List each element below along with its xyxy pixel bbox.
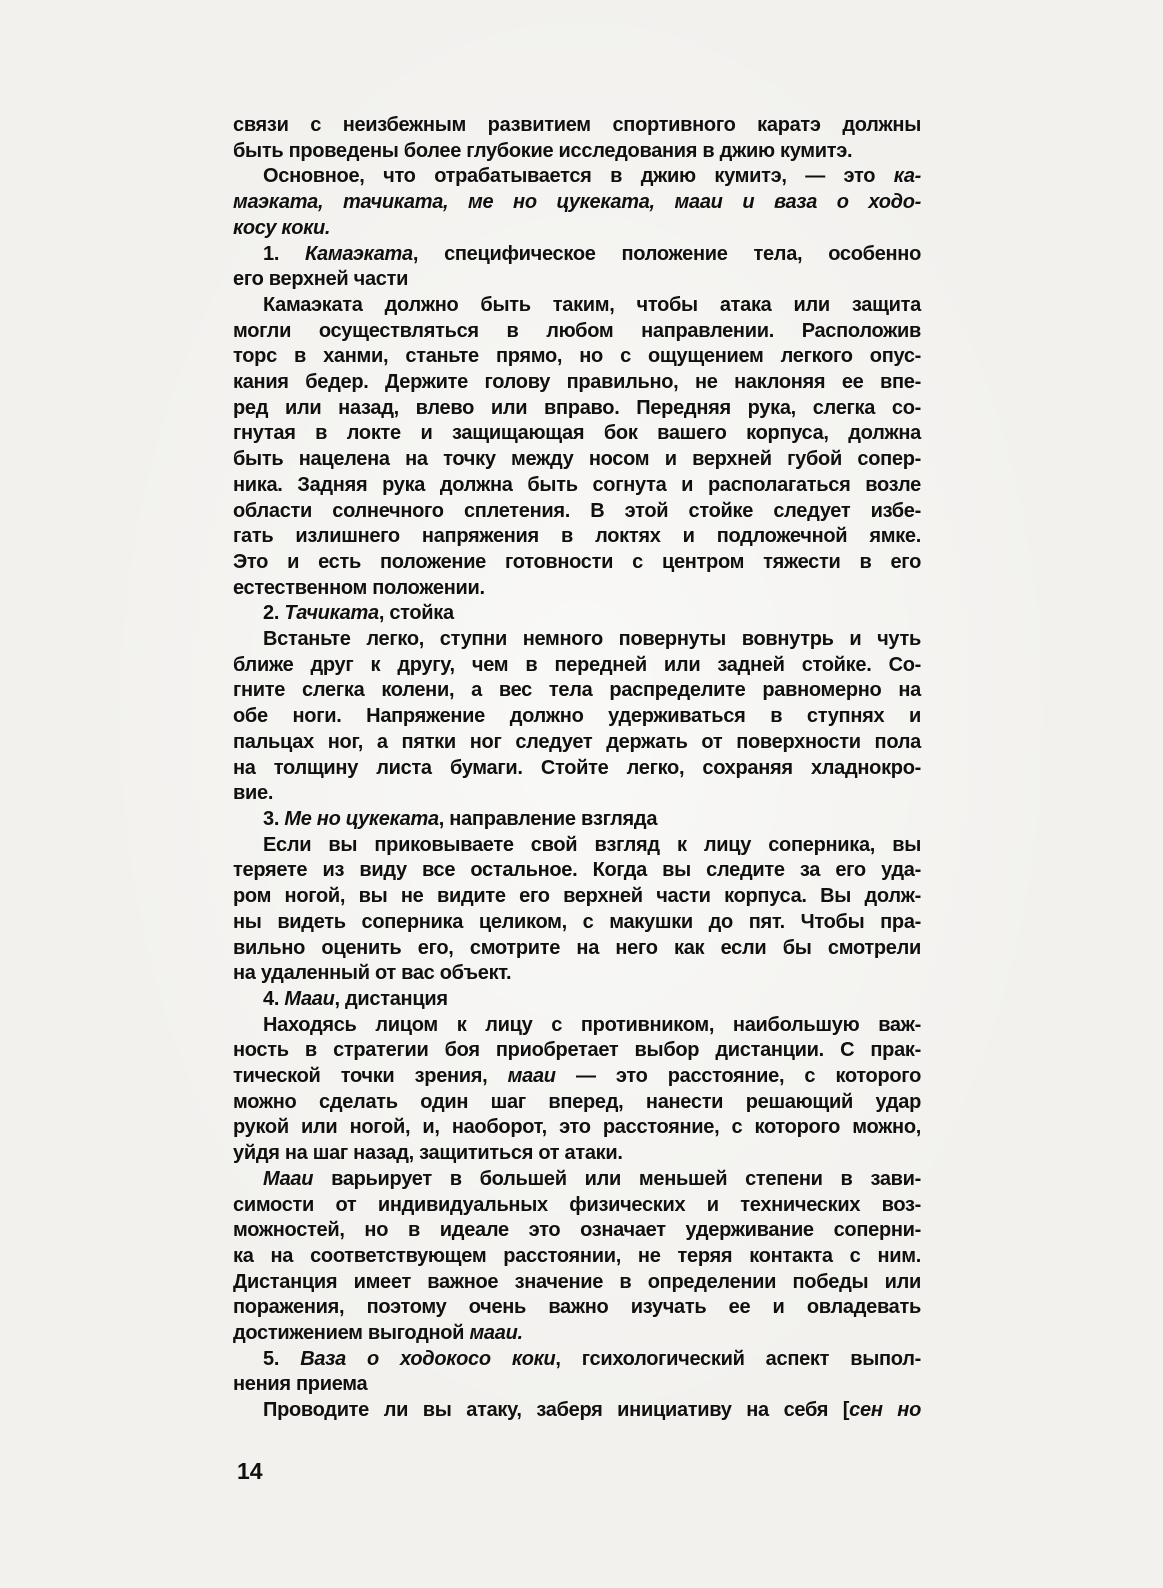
text-line: 3. Ме но цукеката, направление взгляда (233, 807, 921, 833)
text-run: пальцах ног, а пятки ног следует держать… (233, 731, 921, 753)
text-line: быть нацелена на точку между носом и вер… (233, 447, 921, 473)
text-run: ближе друг к другу, чем в передней или з… (233, 654, 921, 676)
text-run: 1. (263, 243, 305, 265)
text-run: Основное, что отрабатывается в джию куми… (263, 165, 894, 187)
text-line: могли осуществляться в любом направлении… (233, 319, 921, 345)
text-run: уйдя на шаг назад, защититься от атаки. (233, 1142, 623, 1164)
text-run: Это и есть положение готовности с центро… (233, 551, 921, 573)
text-run: на удаленный от вас объект. (233, 962, 511, 984)
text-run: ны видеть соперника целиком, с макушки д… (233, 911, 921, 933)
text-run: могли осуществляться в любом направлении… (233, 320, 921, 342)
text-line: поражения, поэтому очень важно изучать е… (233, 1295, 921, 1321)
italic-text-run: Тачиката (284, 602, 378, 624)
text-run: 3. (263, 808, 284, 830)
text-line: 2. Тачиката, стойка (233, 601, 921, 627)
italic-text-run: мааи (508, 1065, 556, 1087)
text-run: быть проведены более глубокие исследован… (233, 140, 852, 162)
text-line: ближе друг к другу, чем в передней или з… (233, 653, 921, 679)
text-line: косу коки. (233, 216, 921, 242)
text-block: связи с неизбежным развитием спортивного… (233, 113, 921, 1424)
text-line: 5. Ваза о ходокосо коки, гсихологический… (233, 1347, 921, 1373)
text-line: нения приема (233, 1372, 921, 1398)
text-line: 4. Мааи, дистанция (233, 987, 921, 1013)
text-line: Если вы приковываете свой взгляд к лицу … (233, 833, 921, 859)
text-run: рукой или ногой, и, наоборот, это рассто… (233, 1116, 921, 1138)
text-run: связи с неизбежным развитием спортивного… (233, 114, 921, 136)
text-run: естественном положении. (233, 577, 485, 599)
text-run: ность в стратегии боя приобретает выбор … (233, 1039, 921, 1061)
text-run: на толщину листа бумаги. Стойте легко, с… (233, 757, 921, 779)
text-run: Камаэката должно быть таким, чтобы атака… (263, 294, 921, 316)
text-line: ка на соответствующем расстоянии, не тер… (233, 1244, 921, 1270)
text-line: естественном положении. (233, 576, 921, 602)
text-run: быть нацелена на точку между носом и вер… (233, 448, 921, 470)
text-line: Находясь лицом к лицу с противником, наи… (233, 1013, 921, 1039)
text-line: можностей, но в идеале это означает удер… (233, 1218, 921, 1244)
text-run: гать излишнего напряжения в локтях и под… (233, 525, 921, 547)
text-run: Если вы приковываете свой взгляд к лицу … (263, 834, 921, 856)
text-run: Встаньте легко, ступни немного повернуты… (263, 628, 921, 650)
text-line: его верхней части (233, 267, 921, 293)
text-line: пальцах ног, а пятки ног следует держать… (233, 730, 921, 756)
text-line: кания бедер. Держите голову правильно, н… (233, 370, 921, 396)
text-line: на толщину листа бумаги. Стойте легко, с… (233, 756, 921, 782)
text-line: ред или назад, влево или вправо. Передня… (233, 396, 921, 422)
italic-text-run: маэката, тачиката, ме но цукеката, мааи … (233, 191, 921, 213)
text-line: Основное, что отрабатывается в джию куми… (233, 164, 921, 190)
text-line: ника. Задняя рука должна быть согнута и … (233, 473, 921, 499)
text-run: достижением выгодной (233, 1322, 469, 1344)
text-line: области солнечного сплетения. В этой сто… (233, 499, 921, 525)
text-line: ность в стратегии боя приобретает выбор … (233, 1038, 921, 1064)
italic-text-run: Мааи (284, 988, 334, 1010)
text-run: теряете из виду все остальное. Когда вы … (233, 859, 921, 881)
text-run: тической точки зрения, (233, 1065, 508, 1087)
text-line: рукой или ногой, и, наоборот, это рассто… (233, 1115, 921, 1141)
text-run: Проводите ли вы атаку, заберя инициативу… (263, 1399, 849, 1421)
text-line: на удаленный от вас объект. (233, 961, 921, 987)
text-run: можно сделать один шаг вперед, нанести р… (233, 1091, 921, 1113)
text-run: кания бедер. Держите голову правильно, н… (233, 371, 921, 393)
text-run: ка на соответствующем расстоянии, не тер… (233, 1245, 921, 1267)
text-run: гните слегка колени, а вес тела распреде… (233, 679, 921, 701)
text-run: нения приема (233, 1373, 367, 1395)
text-run: области солнечного сплетения. В этой сто… (233, 500, 921, 522)
text-run: — это расстояние, с которого (556, 1065, 921, 1087)
italic-text-run: Ме но цукеката (284, 808, 438, 830)
text-run: обе ноги. Напряжение должно удерживаться… (233, 705, 921, 727)
text-line: вие. (233, 781, 921, 807)
text-line: обе ноги. Напряжение должно удерживаться… (233, 704, 921, 730)
text-run: вильно оценить его, смотрите на него как… (233, 937, 921, 959)
text-run: Находясь лицом к лицу с противником, наи… (263, 1014, 921, 1036)
book-page: связи с неизбежным развитием спортивного… (0, 0, 1163, 1588)
text-line: тической точки зрения, мааи — это рассто… (233, 1064, 921, 1090)
text-line: Камаэката должно быть таким, чтобы атака… (233, 293, 921, 319)
text-run: 5. (263, 1348, 300, 1370)
italic-text-run: косу коки. (233, 217, 330, 239)
text-line: достижением выгодной мааи. (233, 1321, 921, 1347)
text-run: , гсихологический аспект выпол- (555, 1348, 921, 1370)
italic-text-run: Камаэката (305, 243, 413, 265)
text-line: гнутая в локте и защищающая бок вашего к… (233, 421, 921, 447)
italic-text-run: Мааи (263, 1168, 313, 1190)
text-line: Проводите ли вы атаку, заберя инициативу… (233, 1398, 921, 1424)
italic-text-run: Ваза о ходокосо коки (300, 1348, 555, 1370)
text-run: ред или назад, влево или вправо. Передня… (233, 397, 921, 419)
text-line: Мааи варьирует в большей или меньшей сте… (233, 1167, 921, 1193)
text-run: его верхней части (233, 268, 408, 290)
text-line: вильно оценить его, смотрите на него как… (233, 936, 921, 962)
text-run: торс в ханми, станьте прямо, но с ощущен… (233, 345, 921, 367)
text-line: уйдя на шаг назад, защититься от атаки. (233, 1141, 921, 1167)
text-line: связи с неизбежным развитием спортивного… (233, 113, 921, 139)
text-line: ром ногой, вы не видите его верхней част… (233, 884, 921, 910)
text-run: Дистанция имеет важное значение в опреде… (233, 1271, 921, 1293)
italic-text-run: ка- (894, 165, 921, 187)
text-run: варьирует в большей или меньшей степени … (313, 1168, 921, 1190)
text-run: вие. (233, 782, 273, 804)
text-run: поражения, поэтому очень важно изучать е… (233, 1296, 921, 1318)
text-run: ром ногой, вы не видите его верхней част… (233, 885, 921, 907)
italic-text-run: сен но (849, 1399, 921, 1421)
text-line: Дистанция имеет важное значение в опреде… (233, 1270, 921, 1296)
text-line: Это и есть положение готовности с центро… (233, 550, 921, 576)
text-line: теряете из виду все остальное. Когда вы … (233, 858, 921, 884)
text-run: можностей, но в идеале это означает удер… (233, 1219, 921, 1241)
text-line: симости от индивидуальных физических и т… (233, 1193, 921, 1219)
text-run: гнутая в локте и защищающая бок вашего к… (233, 422, 921, 444)
text-line: гните слегка колени, а вес тела распреде… (233, 678, 921, 704)
text-line: можно сделать один шаг вперед, нанести р… (233, 1090, 921, 1116)
italic-text-run: мааи. (469, 1322, 522, 1344)
text-run: ника. Задняя рука должна быть согнута и … (233, 474, 921, 496)
text-run: , стойка (379, 602, 454, 624)
text-run: , дистанция (335, 988, 448, 1010)
text-run: 4. (263, 988, 284, 1010)
page-number: 14 (237, 1458, 263, 1485)
text-line: гать излишнего напряжения в локтях и под… (233, 524, 921, 550)
text-line: 1. Камаэката, специфическое положение те… (233, 242, 921, 268)
text-run: , специфическое положение тела, особенно (413, 243, 921, 265)
text-line: быть проведены более глубокие исследован… (233, 139, 921, 165)
text-line: торс в ханми, станьте прямо, но с ощущен… (233, 344, 921, 370)
text-line: Встаньте легко, ступни немного повернуты… (233, 627, 921, 653)
text-run: , направление взгляда (439, 808, 657, 830)
text-line: ны видеть соперника целиком, с макушки д… (233, 910, 921, 936)
text-line: маэката, тачиката, ме но цукеката, мааи … (233, 190, 921, 216)
text-run: 2. (263, 602, 284, 624)
text-run: симости от индивидуальных физических и т… (233, 1194, 921, 1216)
